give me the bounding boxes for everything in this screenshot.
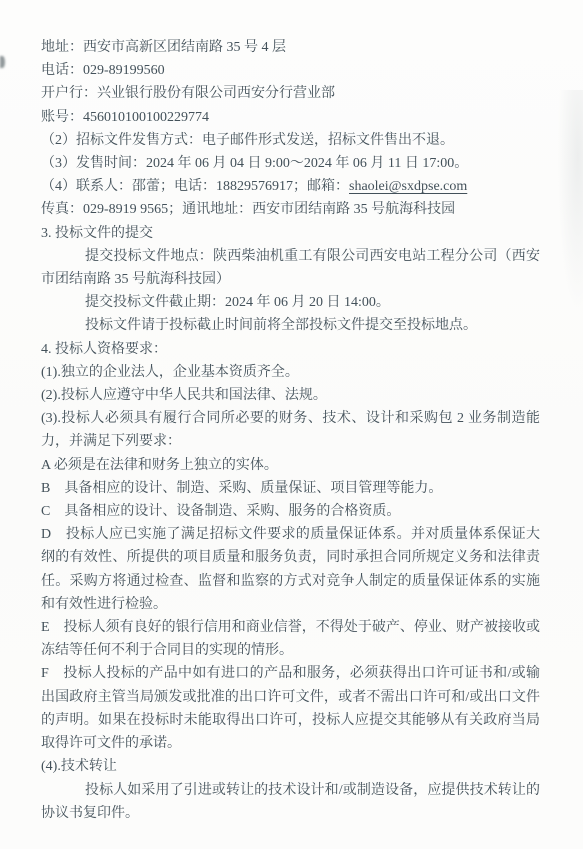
section-3-heading: 3. 投标文件的提交 [41, 222, 540, 245]
qualification-2: (2).投标人应遵守中华人民共和国法律、法规。 [41, 384, 540, 407]
document-page: 地址：西安市高新区团结南路 35 号 4 层 电话：029-89199560 开… [0, 0, 583, 849]
bank-account-line: 账号：456010100100229774 [41, 106, 540, 129]
requirement-c: C 具备相应的设计、设备制造、采购、服务的合格资质。 [41, 500, 540, 523]
bank-address-line: 地址：西安市高新区团结南路 35 号 4 层 [41, 36, 540, 59]
item-4-contact-line: （4）联系人：邵蕾；电话：18829576917；邮箱：shaolei@sxdp… [41, 175, 540, 198]
fax-and-mailing-address-line: 传真：029-8919 9565；通讯地址：西安市团结南路 35 号航海科技园 [41, 198, 540, 221]
requirement-e: E 投标人须有良好的银行信用和商业信誉，不得处于破产、停业、财产被接收或冻结等任… [41, 616, 540, 662]
qualification-3: (3).投标人必须具有履行合同所必要的财务、技术、设计和采购包 2 业务制造能力… [41, 407, 540, 453]
bank-phone-line: 电话：029-89199560 [41, 59, 540, 82]
section-4-heading: 4. 投标人资格要求： [41, 338, 540, 361]
requirement-b: B 具备相应的设计、制造、采购、质量保证、项目管理等能力。 [41, 477, 540, 500]
contact-info-text: （4）联系人：邵蕾；电话：18829576917；邮箱： [41, 179, 349, 194]
tech-transfer-para: 投标人如采用了引进或转让的技术设计和/或制造设备，应提供技术转让的协议书复印件。 [41, 779, 540, 825]
requirement-f: F 投标人投标的产品中如有进口的产品和服务，必须获得出口许可证书和/或输出国政府… [41, 662, 540, 755]
item-2-distribution-method: （2）招标文件发售方式：电子邮件形式发送，招标文件售出不退。 [41, 129, 540, 152]
submission-note-para: 投标文件请于投标截止时间前将全部投标文件提交至投标地点。 [41, 314, 540, 337]
requirement-a: A 必须是在法律和财务上独立的实体。 [41, 454, 540, 477]
contact-email-link[interactable]: shaolei@sxdpse.com [349, 179, 467, 194]
scan-smudge [557, 90, 583, 310]
submission-location-para: 提交投标文件地点：陕西柴油机重工有限公司西安电站工程分公司（西安市团结南路 35… [41, 245, 540, 291]
document-body: 地址：西安市高新区团结南路 35 号 4 层 电话：029-89199560 开… [41, 36, 540, 825]
bank-branch-line: 开户行：兴业银行股份有限公司西安分行营业部 [41, 82, 540, 105]
requirement-d: D 投标人应已实施了满足招标文件要求的质量保证体系。并对质量体系保证大纲的有效性… [41, 523, 540, 616]
submission-deadline-para: 提交投标文件截止期：2024 年 06 月 20 日 14:00。 [41, 291, 540, 314]
scan-artifact [0, 56, 5, 68]
qualification-1: (1).独立的企业法人，企业基本资质齐全。 [41, 361, 540, 384]
tech-transfer-heading: (4).技术转让 [41, 755, 540, 778]
item-3-sale-period: （3）发售时间：2024 年 06 月 04 日 9:00～2024 年 06 … [41, 152, 540, 175]
